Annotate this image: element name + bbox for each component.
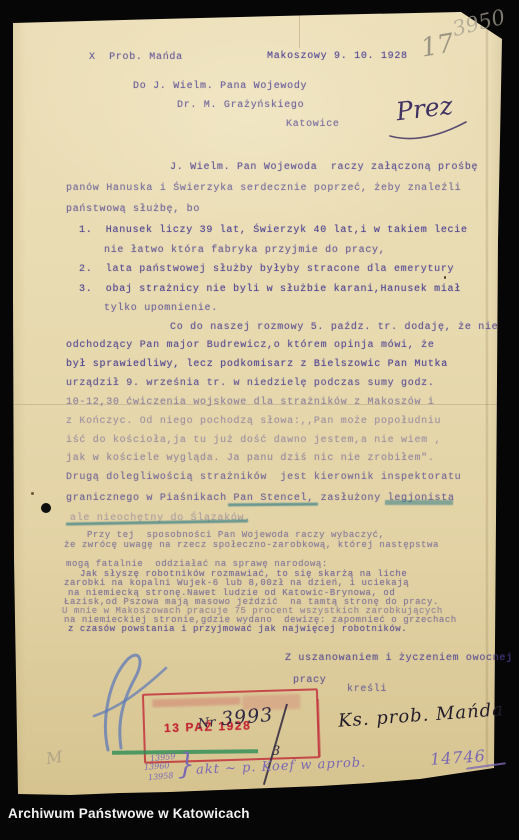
typewritten-line: Do J. Wielm. Pana Wojewody [133, 81, 307, 92]
typewritten-line: urządził 9. września tr. w niedzielę pod… [66, 378, 435, 389]
typewritten-line: Makoszowy 9. 10. 1928 [267, 51, 408, 62]
typewritten-line: jak w kościele wygląda. Ja panu dziś nic… [66, 453, 435, 464]
top-crease [299, 14, 300, 48]
paper-speck [31, 492, 34, 495]
typewritten-line: był sprawiedliwy, lecz podkomisarz z Bie… [66, 359, 448, 370]
archive-watermark-label: Archiwum Państwowe w Katowicach [8, 806, 250, 821]
typewritten-line: Z uszanowaniem i życzeniem owocnej [285, 653, 513, 664]
typewritten-line: tylko upomnienie. [104, 303, 218, 314]
typewritten-line: pracy [293, 675, 327, 686]
typewritten-line: X Prob. Mańda [89, 52, 183, 63]
typewritten-line: z Kończyc. Od niego pochodzą słowa:,,Pan… [66, 416, 441, 427]
registry-number: 13960 [144, 761, 170, 772]
paper-speck [444, 276, 446, 279]
typewritten-line: zarobki na kopalni Wujek-6 lub 8,00zł na… [64, 578, 409, 588]
stamp-number-suffix: 3 [272, 744, 280, 759]
typewritten-line: 3. obaj strażnicy nie byli w służbie kar… [79, 284, 461, 295]
typewritten-line: Drugą dolegliwością strażników jest kier… [66, 472, 461, 483]
typewritten-line: kreśli [347, 684, 387, 695]
stamp-faded-text [152, 697, 240, 708]
pencil-folio-number: 17 [419, 28, 457, 63]
stamp-number-prefix: Nr [197, 715, 216, 732]
typewritten-line: mogą fatalnie oddziałać na sprawę narodo… [66, 559, 328, 569]
typewritten-line: że zwrócę uwagę na rzecz społeczno-zarob… [64, 540, 439, 550]
typewritten-line: J. Wielm. Pan Wojewoda raczy załączoną p… [170, 162, 478, 173]
typewritten-line: panów Hanuska i Świerzyka serdecznie pop… [66, 183, 461, 194]
typewritten-line: nie łatwo która fabryka przyjmie do prac… [104, 245, 385, 256]
hole-punch-mark [41, 503, 51, 513]
typewritten-line: Katowice [286, 119, 340, 130]
typewritten-line: państwową służbę, bo [66, 204, 200, 215]
typewritten-line: 1. Hanusek liczy 39 lat, Świerzyk 40 lat… [79, 225, 468, 236]
typewritten-line: 10-12,30 ćwiczenia wojskowe dla strażnik… [66, 397, 435, 408]
typewritten-line: Przy tej sposobności Pan Wojewoda raczy … [87, 530, 385, 540]
archival-photo: X Prob. MańdaMakoszowy 9. 10. 1928Do J. … [0, 0, 519, 840]
prez-underline-flourish [388, 118, 470, 148]
typewritten-line: z czasów powstania i przyjmować jak najw… [68, 624, 407, 634]
underline-legjonista [385, 500, 453, 505]
stamp-number: 3993 [220, 704, 274, 730]
registry-brace: } [178, 749, 195, 782]
typewritten-line: Dr. M. Grażyńskiego [177, 100, 304, 111]
typewritten-line: 2. lata państwowej służby byłyby stracon… [79, 264, 454, 275]
typewritten-line: Co do naszej rozmowy 5. paźdz. tr. dodaj… [170, 322, 498, 333]
typewritten-line: iść do kościoła,ja tu już dość dawno jes… [66, 435, 441, 446]
pencil-initial: M [45, 747, 64, 768]
typewritten-line: odchodzący Pan major Budrewicz,o którem … [66, 340, 435, 351]
